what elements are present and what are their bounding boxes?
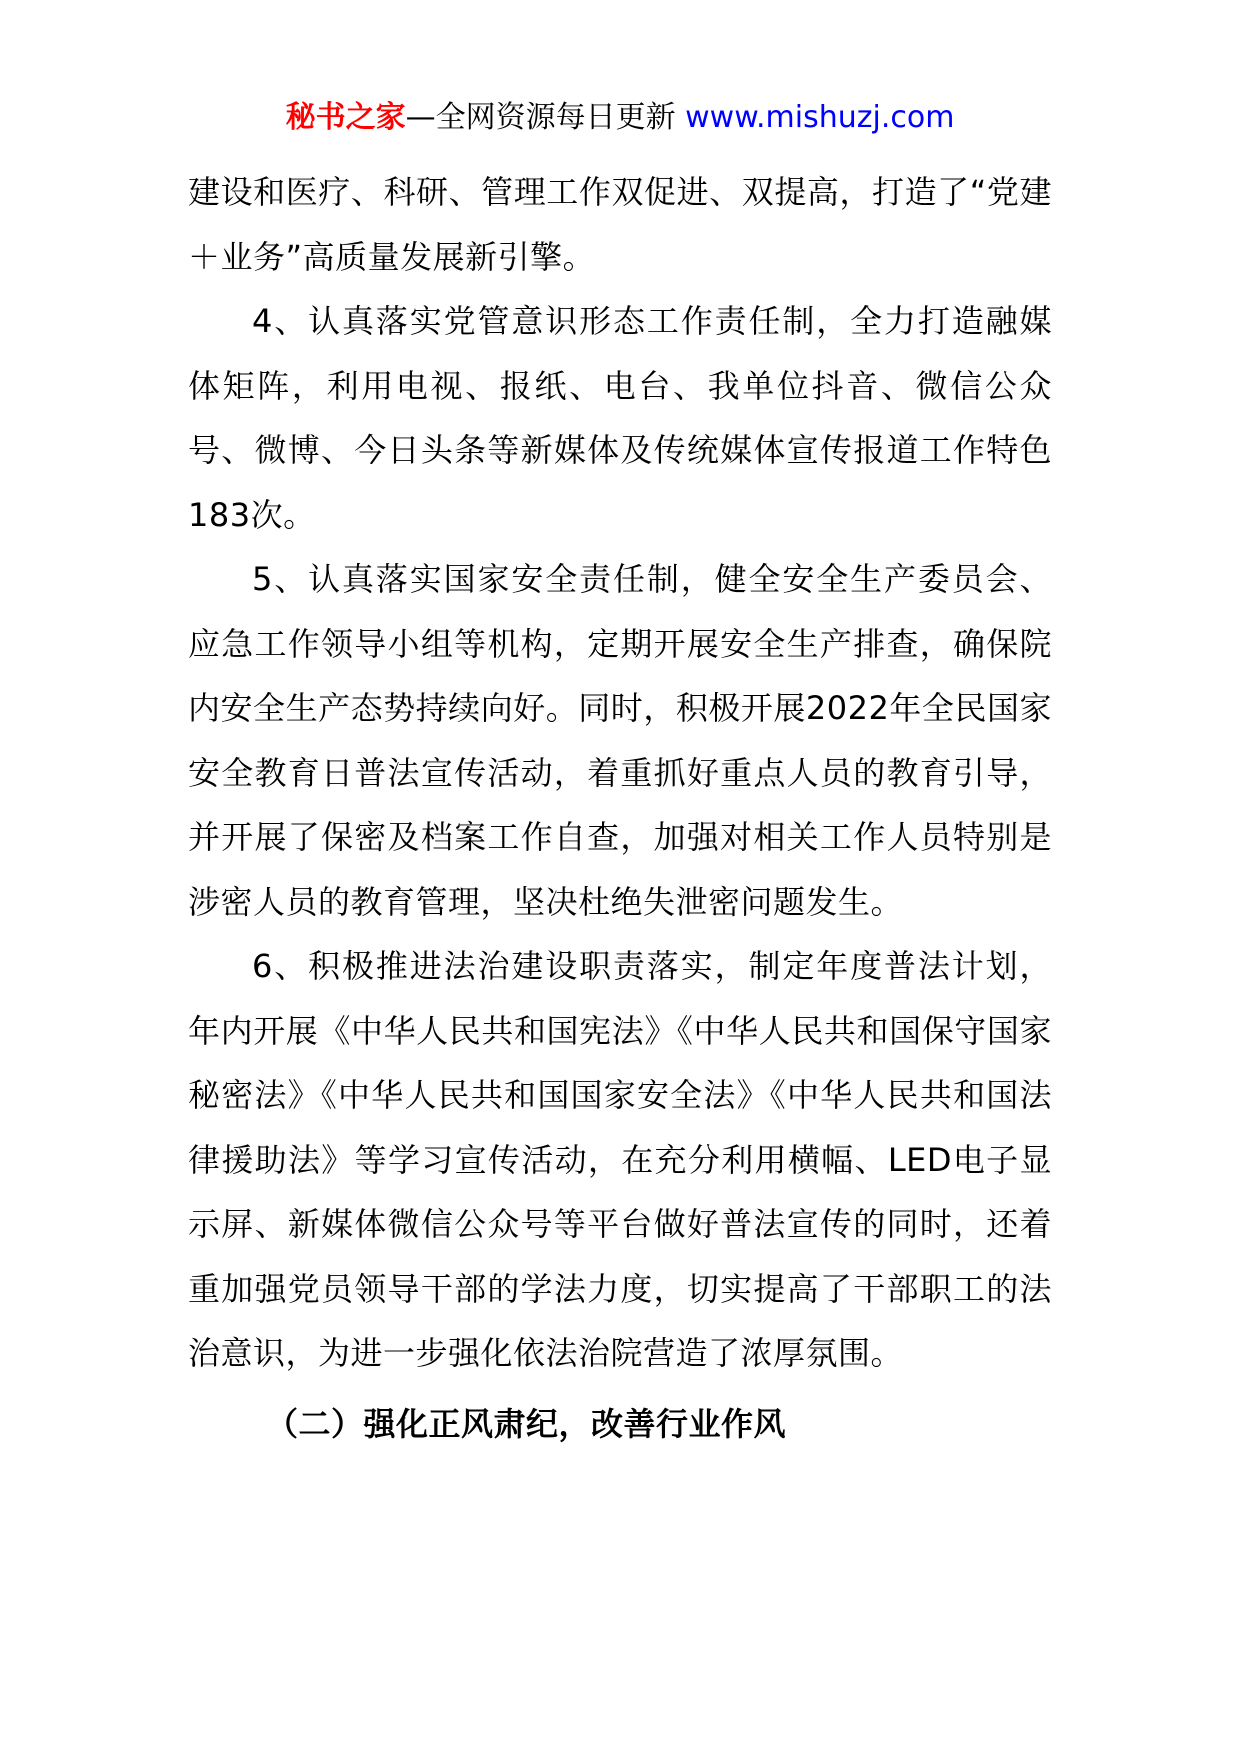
paragraph-item-6: 6、积极推进法治建设职责落实，制定年度普法计划，年内开展《中华人民共和国宪法》《… bbox=[188, 934, 1052, 1386]
site-url-link[interactable]: www.mishuzj.com bbox=[685, 100, 954, 135]
section-heading: （二）强化正风肃纪，改善行业作风 bbox=[188, 1386, 1052, 1457]
brand-name: 秘书之家 bbox=[286, 100, 406, 135]
document-body: 建设和医疗、科研、管理工作双促进、双提高，打造了“党建＋业务”高质量发展新引擎。… bbox=[188, 160, 1052, 1456]
header-tagline: —全网资源每日更新 bbox=[406, 100, 686, 135]
paragraph-item-5: 5、认真落实国家安全责任制，健全安全生产委员会、应急工作领导小组等机构，定期开展… bbox=[188, 547, 1052, 934]
paragraph-continuation: 建设和医疗、科研、管理工作双促进、双提高，打造了“党建＋业务”高质量发展新引擎。 bbox=[188, 160, 1052, 289]
paragraph-item-4: 4、认真落实党管意识形态工作责任制，全力打造融媒体矩阵，利用电视、报纸、电台、我… bbox=[188, 289, 1052, 547]
site-watermark-header: 秘书之家—全网资源每日更新 www.mishuzj.com bbox=[0, 98, 1240, 138]
